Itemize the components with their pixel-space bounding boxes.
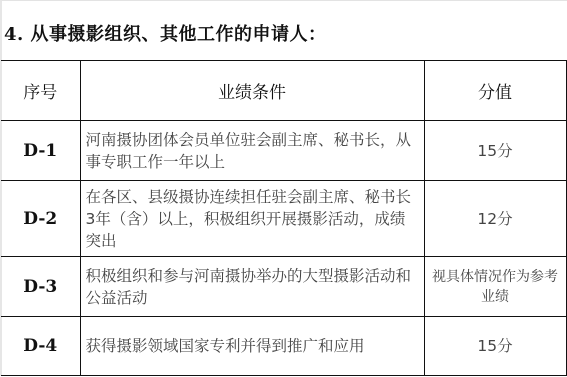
table-row: D-3 积极组织和参与河南摄协举办的大型摄影活动和公益活动 视具体情况作为参考业… [1,257,566,317]
row-condition: 河南摄协团体会员单位驻会副主席、秘书长，从事专职工作一年以上 [80,121,424,181]
row-score: 12分 [424,181,566,257]
row-score: 15分 [424,317,566,376]
row-condition: 积极组织和参与河南摄协举办的大型摄影活动和公益活动 [80,257,424,317]
row-id: D-1 [1,121,80,181]
section-heading: 4. 从事摄影组织、其他工作的申请人： [4,20,327,46]
table-row: D-2 在各区、县级摄协连续担任驻会副主席、秘书长3年（含）以上，积极组织开展摄… [1,181,566,257]
header-score: 分值 [424,61,566,121]
row-score: 15分 [424,121,566,181]
table-row: D-1 河南摄协团体会员单位驻会副主席、秘书长，从事专职工作一年以上 15分 [1,121,566,181]
header-id: 序号 [1,61,80,121]
row-condition: 获得摄影领域国家专利并得到推广和应用 [80,317,424,376]
table-row: D-4 获得摄影领域国家专利并得到推广和应用 15分 [1,317,566,376]
row-id: D-3 [1,257,80,317]
row-id: D-2 [1,181,80,257]
requirements-table: 序号 业绩条件 分值 D-1 河南摄协团体会员单位驻会副主席、秘书长，从事专职工… [1,60,567,376]
row-condition: 在各区、县级摄协连续担任驻会副主席、秘书长3年（含）以上，积极组织开展摄影活动，… [80,181,424,257]
table-header-row: 序号 业绩条件 分值 [1,61,566,121]
row-id: D-4 [1,317,80,376]
header-condition: 业绩条件 [80,61,424,121]
row-score: 视具体情况作为参考业绩 [424,257,566,317]
